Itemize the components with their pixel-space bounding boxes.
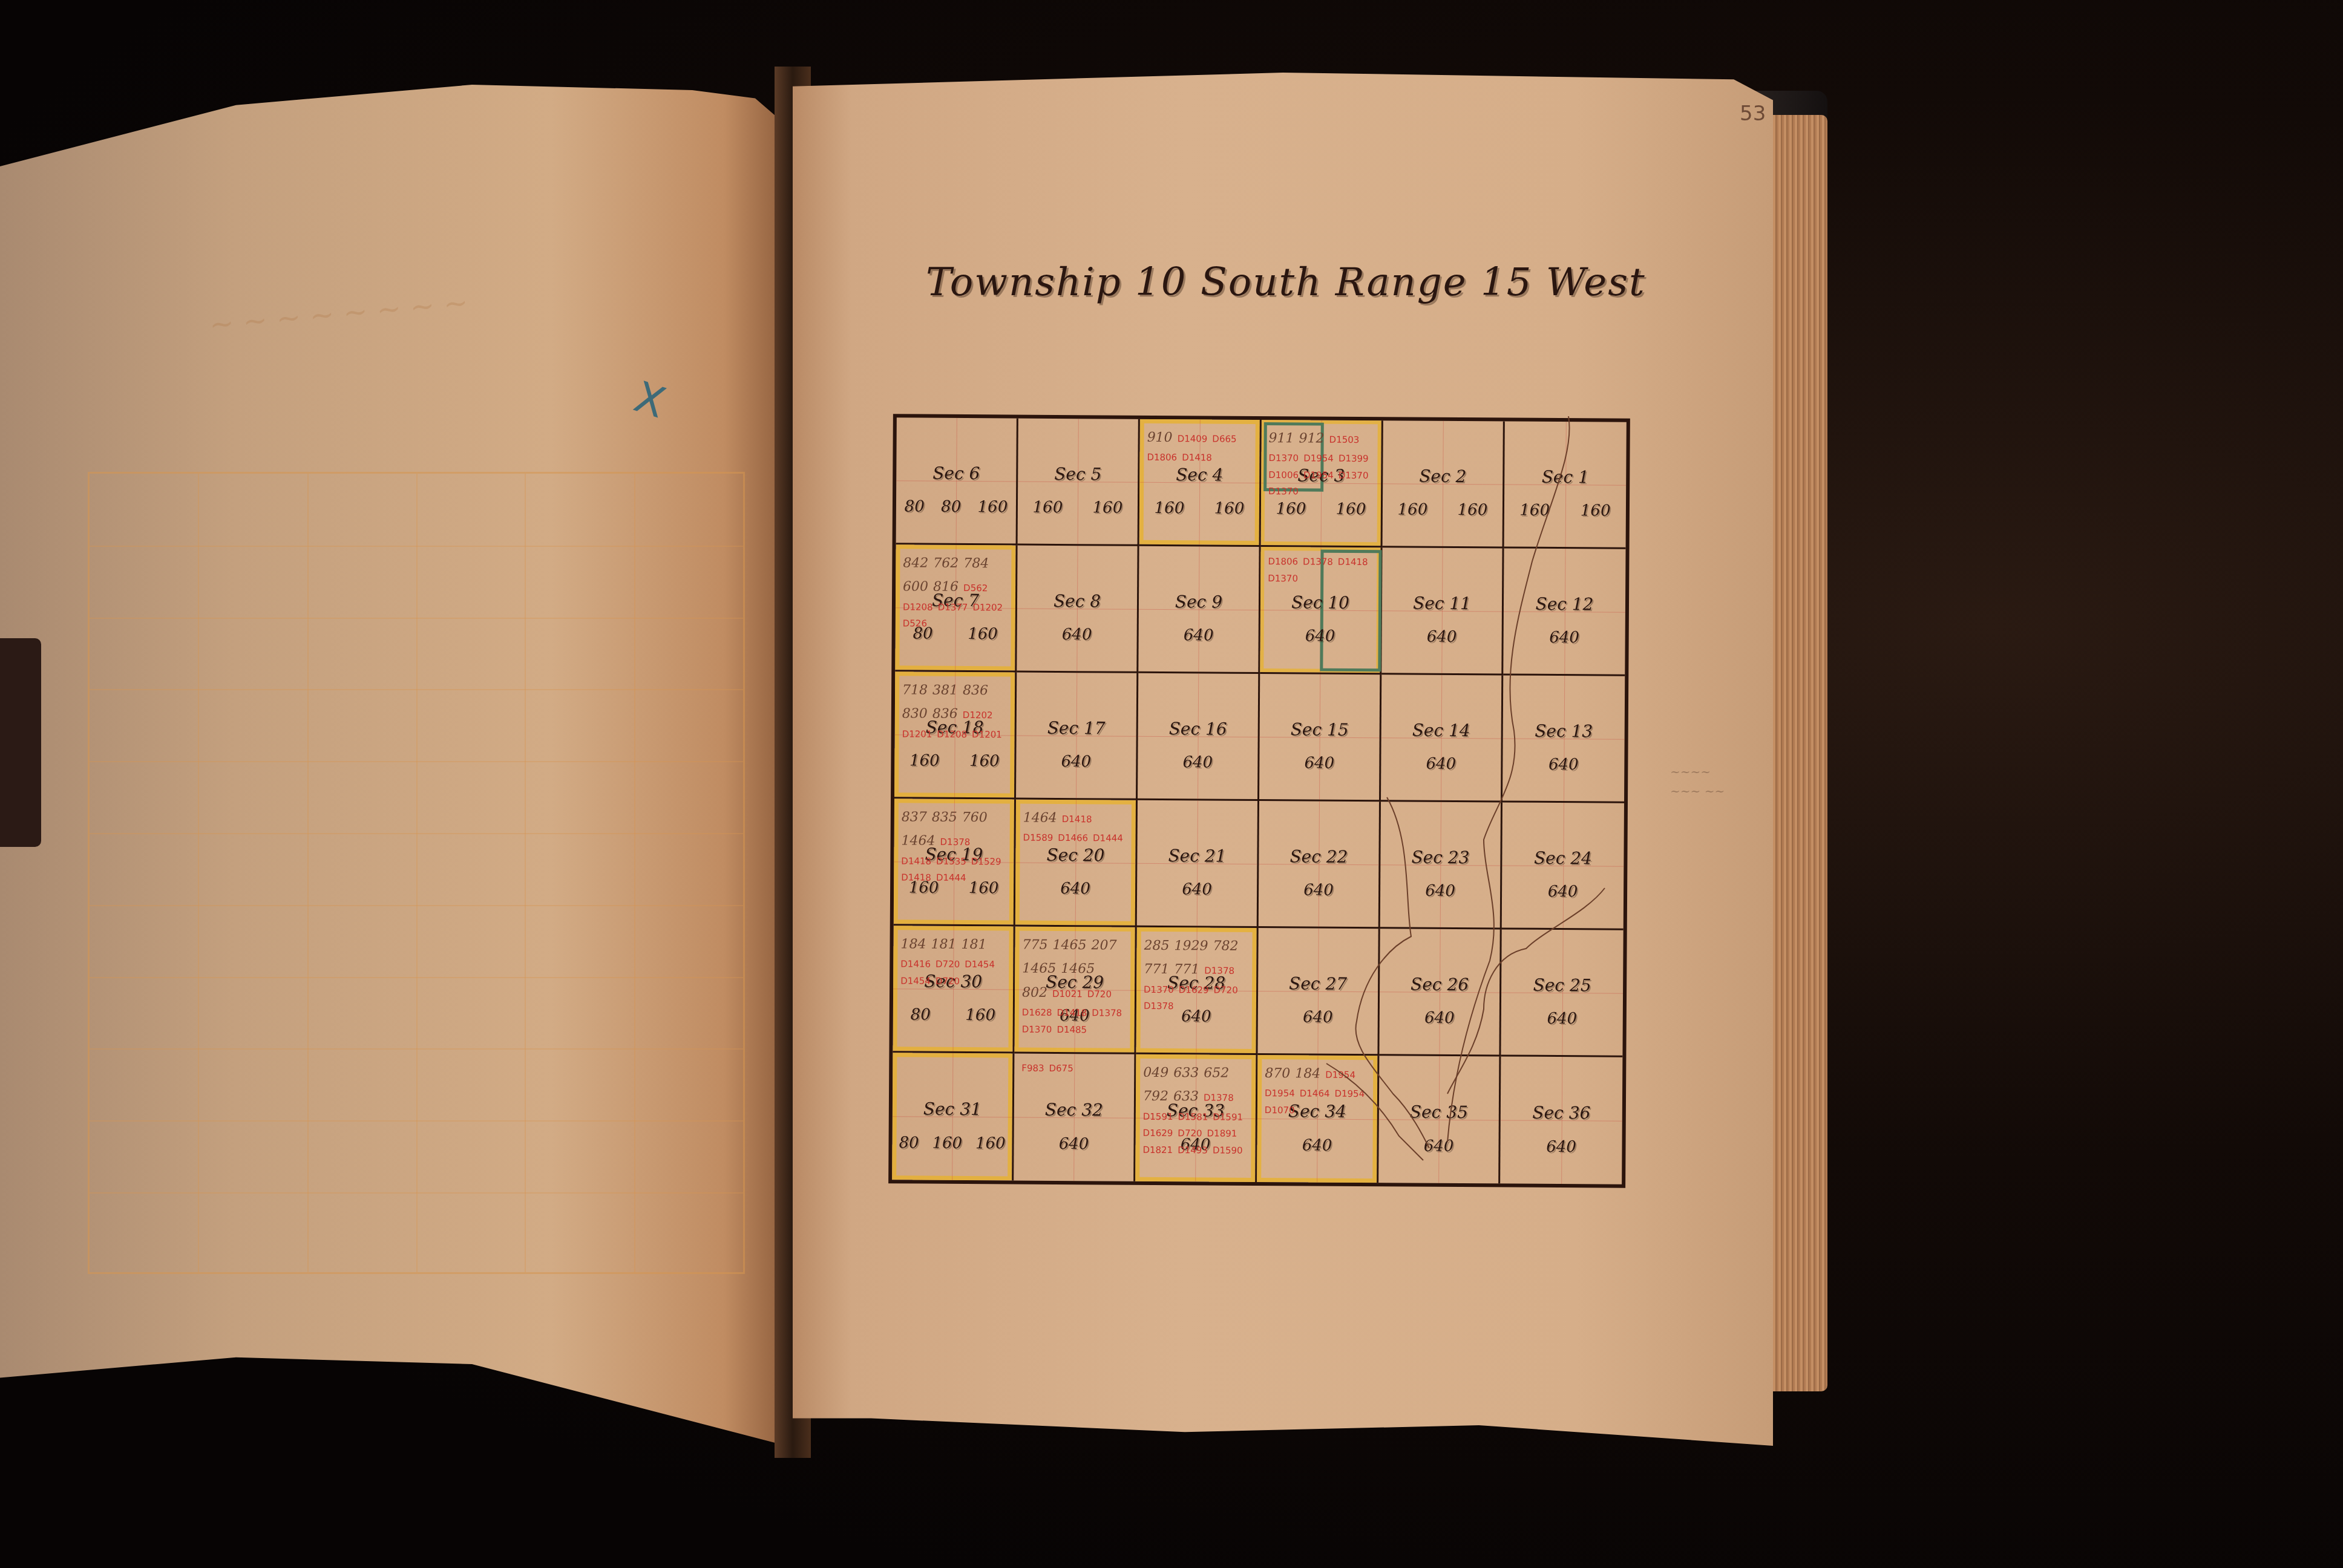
section-acreage: 640 — [1259, 754, 1379, 773]
acreage-value: 160 — [1519, 501, 1550, 520]
entry-number: 181 — [931, 933, 956, 956]
section-35: Sec 35640 — [1378, 1056, 1501, 1183]
document-reference: D1202 — [972, 600, 1003, 616]
document-reference: D1418 — [901, 854, 931, 869]
entry-annotations: 718381836830836D1202D1201D1208D1201 — [902, 679, 1008, 790]
entry-number: 771 — [1174, 959, 1199, 982]
section-2: Sec 2160160 — [1383, 420, 1505, 548]
entry-annotations: 911912D1503D1370D1954D1399D1006D1954D137… — [1268, 427, 1374, 538]
entry-annotations: 870184D1954D1954D1464D1954D1070 — [1264, 1062, 1370, 1175]
document-reference: D1208 — [903, 599, 933, 615]
document-reference: D1589 — [1023, 831, 1054, 846]
section-28: Sec 286402851929782771771D1378D1370D1629… — [1136, 927, 1258, 1055]
document-reference: D1378 — [1204, 964, 1234, 979]
section-18: Sec 18160160718381836830836D1202D1201D12… — [894, 671, 1017, 799]
document-reference: D562 — [963, 581, 988, 596]
document-reference: D1370 — [1022, 1022, 1052, 1037]
section-16: Sec 16640 — [1138, 673, 1260, 801]
acreage-value: 160 — [932, 1134, 962, 1152]
acreage-value: 640 — [1182, 754, 1213, 772]
acreage-value: 640 — [1548, 756, 1579, 774]
section-label: Sec 31 — [893, 1099, 1012, 1119]
document-reference: D1454 — [965, 957, 995, 973]
document-reference: D1628 — [1022, 1005, 1052, 1021]
section-5: Sec 5160160 — [1018, 419, 1140, 546]
entry-number: 381 — [932, 679, 958, 702]
document-reference: D1454 — [900, 973, 931, 989]
section-33: Sec 33640049633652792633D1378D1591D1581D… — [1135, 1054, 1257, 1182]
entry-number: 600 — [903, 576, 928, 599]
document-reference: D1806 — [1268, 554, 1298, 570]
document-reference: D1464 — [1300, 1086, 1330, 1102]
document-reference: D1418 — [901, 871, 931, 886]
section-31: Sec 3180160160 — [892, 1053, 1014, 1180]
document-reference: D1418 — [1057, 1005, 1087, 1021]
entry-annotations: 184181181D1416D720D1454D1454D720 — [900, 933, 1006, 1044]
section-34: Sec 34640870184D1954D1954D1464D1954D1070 — [1257, 1055, 1379, 1183]
document-reference: D1806 — [1147, 450, 1177, 466]
entry-number: 842 — [903, 552, 928, 575]
document-reference: D1954 — [1334, 1086, 1365, 1102]
section-36: Sec 36640 — [1500, 1056, 1622, 1184]
section-label: Sec 16 — [1138, 718, 1258, 739]
entry-number: 1929 — [1174, 935, 1208, 958]
acreage-value: 640 — [1425, 882, 1455, 900]
section-23: Sec 23640 — [1380, 802, 1502, 929]
section-label: Sec 27 — [1258, 973, 1378, 994]
acreage-value: 160 — [1093, 499, 1123, 517]
acreage-value: 640 — [1549, 629, 1579, 647]
entry-number: 870 — [1265, 1062, 1290, 1085]
section-32: Sec 32640F983D675 — [1014, 1054, 1136, 1181]
township-plat-grid: Sec 68080160Sec 5160160Sec 4160160910D14… — [888, 414, 1630, 1187]
section-1: Sec 1160160 — [1504, 421, 1627, 549]
acreage-value: 640 — [1426, 755, 1456, 773]
document-reference: D1466 — [1058, 831, 1088, 846]
document-reference: D1418 — [1338, 555, 1368, 570]
section-6: Sec 68080160 — [896, 417, 1018, 545]
document-reference: D1821 — [1142, 1143, 1173, 1158]
section-9: Sec 9640 — [1138, 546, 1260, 674]
document-reference: F983 — [1021, 1061, 1044, 1077]
section-12: Sec 12640 — [1503, 548, 1625, 676]
entry-number: 760 — [962, 806, 988, 829]
entry-number: 1465 — [1061, 958, 1095, 981]
entry-number: 784 — [963, 552, 989, 575]
acreage-value: 640 — [1303, 1008, 1333, 1027]
section-27: Sec 27640 — [1257, 928, 1380, 1056]
section-13: Sec 13640 — [1502, 675, 1625, 803]
document-reference: D1535 — [936, 854, 966, 870]
document-reference: D1006 — [1268, 468, 1299, 483]
section-acreage: 640 — [1016, 753, 1136, 771]
document-reference: D1370 — [1144, 982, 1174, 998]
entry-number: 775 — [1022, 934, 1047, 957]
acreage-value: 160 — [1398, 501, 1428, 519]
document-reference: D720 — [1087, 987, 1112, 1002]
section-29: Sec 29640775146520714651465802D1021D720D… — [1014, 927, 1136, 1054]
entry-number: 652 — [1204, 1062, 1229, 1085]
document-reference: D1399 — [1339, 451, 1369, 467]
entry-number: 1464 — [901, 830, 935, 853]
entry-number: 633 — [1173, 1062, 1199, 1085]
entry-number: 836 — [932, 703, 958, 726]
document-reference: D720 — [1213, 982, 1237, 998]
entry-number: 633 — [1173, 1086, 1199, 1109]
entry-annotations: F983D675 — [1021, 1061, 1127, 1174]
left-page: ~ ~ ~ ~ ~ ~ ~ ~ X — [0, 85, 787, 1446]
acreage-value: 640 — [1546, 1138, 1576, 1156]
document-reference: D1021 — [1052, 987, 1083, 1002]
entry-number: 1465 — [1022, 958, 1056, 981]
section-14: Sec 14640 — [1381, 675, 1503, 802]
section-7: Sec 780160842762784600816D562D1208D1377D… — [895, 544, 1017, 672]
entry-number: 911 — [1269, 427, 1294, 450]
section-label: Sec 35 — [1379, 1102, 1499, 1122]
document-reference: D665 — [1212, 432, 1236, 448]
section-label: Sec 23 — [1380, 847, 1500, 867]
section-label: Sec 14 — [1381, 720, 1501, 740]
section-label: Sec 8 — [1017, 590, 1137, 611]
acreage-value: 160 — [975, 1135, 1006, 1153]
document-reference: D1370 — [1268, 484, 1299, 500]
entry-number: 910 — [1147, 426, 1173, 449]
section-acreage: 640 — [1380, 1009, 1499, 1028]
entry-annotations: 1464D1418D1589D1466D1444 — [1023, 807, 1129, 918]
entry-number: 285 — [1144, 935, 1169, 958]
document-reference: D720 — [936, 957, 960, 973]
section-acreage: 640 — [1500, 1138, 1622, 1157]
document-reference: D1409 — [1178, 431, 1208, 447]
section-label: Sec 17 — [1017, 717, 1136, 738]
entry-number: 718 — [902, 679, 928, 702]
section-label: Sec 12 — [1504, 593, 1625, 614]
document-reference: D720 — [936, 974, 960, 990]
section-acreage: 640 — [1504, 629, 1625, 647]
section-label: Sec 36 — [1501, 1102, 1622, 1123]
entry-number: 1464 — [1023, 807, 1057, 830]
document-reference: D1954 — [1265, 1086, 1295, 1102]
entry-number: 782 — [1213, 935, 1238, 958]
document-reference: D526 — [903, 616, 927, 632]
section-15: Sec 15640 — [1259, 674, 1381, 802]
section-acreage: 640 — [1381, 755, 1501, 774]
entry-number: 912 — [1299, 427, 1325, 450]
section-acreage: 80160160 — [892, 1134, 1012, 1153]
section-label: Sec 5 — [1018, 463, 1138, 484]
section-label: Sec 11 — [1382, 593, 1502, 613]
section-acreage: 160160 — [1504, 501, 1626, 520]
document-reference: D1629 — [1179, 982, 1209, 998]
section-label: Sec 2 — [1383, 466, 1502, 486]
section-acreage: 640 — [1139, 626, 1259, 645]
document-reference: D1418 — [1182, 451, 1212, 466]
acreage-value: 80 — [941, 498, 961, 516]
entry-number: 181 — [961, 933, 986, 956]
document-reference: D1378 — [1303, 554, 1333, 570]
entry-annotations: 842762784600816D562D1208D1377D1202D526 — [902, 552, 1008, 663]
document-reference: D1201 — [972, 727, 1002, 743]
entry-number: 837 — [902, 806, 927, 829]
section-24: Sec 24640 — [1502, 802, 1624, 930]
entry-number: 762 — [933, 552, 958, 575]
section-acreage: 640 — [1502, 756, 1624, 774]
plat-title: Township 10 South Range 15 West — [926, 260, 1646, 305]
section-20: Sec 206401464D1418D1589D1466D1444 — [1015, 800, 1138, 927]
bleed-through-text: ~ ~ ~ ~ ~ ~ ~ ~ — [208, 261, 760, 417]
acreage-value: 160 — [1033, 498, 1063, 517]
section-17: Sec 17640 — [1016, 673, 1138, 800]
entry-annotations: D1806D1378D1418D1370 — [1267, 554, 1373, 665]
entry-number: 792 — [1143, 1085, 1168, 1108]
document-reference: D1493 — [1178, 1143, 1208, 1158]
section-10: Sec 10640D1806D1378D1418D1370 — [1260, 547, 1382, 675]
acreage-value: 80 — [905, 498, 925, 516]
document-reference: D675 — [1049, 1061, 1073, 1077]
section-acreage: 640 — [1382, 628, 1502, 647]
section-acreage: 640 — [1502, 883, 1624, 901]
document-reference: D1418 — [1062, 812, 1092, 828]
acreage-value: 640 — [1062, 626, 1092, 644]
document-reference: D1070 — [1265, 1103, 1295, 1119]
acreage-value: 640 — [1304, 754, 1334, 773]
acreage-value: 640 — [1303, 881, 1334, 900]
document-reference: D1201 — [902, 727, 932, 742]
section-26: Sec 26640 — [1379, 929, 1501, 1056]
section-8: Sec 8640 — [1017, 546, 1139, 673]
document-reference: D1591 — [1143, 1109, 1173, 1125]
acreage-value: 640 — [1547, 1010, 1577, 1028]
acreage-value: 640 — [1548, 883, 1578, 901]
document-reference: D1529 — [971, 854, 1001, 870]
section-label: Sec 6 — [896, 463, 1016, 483]
acreage-value: 640 — [1424, 1137, 1454, 1155]
document-reference: D1202 — [963, 708, 993, 724]
section-acreage: 160160 — [1018, 498, 1138, 517]
section-label: Sec 26 — [1380, 974, 1499, 995]
document-reference: D1370 — [1339, 468, 1369, 484]
document-reference: D720 — [1178, 1126, 1202, 1142]
document-reference: D1370 — [1268, 571, 1298, 587]
entry-number: 836 — [963, 679, 988, 702]
acreage-value: 80 — [899, 1134, 919, 1152]
entry-number: 1465 — [1052, 934, 1086, 957]
document-reference: D1416 — [900, 957, 931, 973]
document-reference: D1378 — [1144, 999, 1174, 1014]
acreage-value: 160 — [1458, 501, 1488, 519]
acreage-value: 160 — [978, 498, 1008, 517]
entry-annotations: 775146520714651465802D1021D720D1628D1418… — [1022, 934, 1128, 1045]
entry-number: 802 — [1022, 981, 1047, 1004]
section-label: Sec 15 — [1260, 719, 1380, 740]
entry-number: 184 — [1295, 1062, 1320, 1085]
section-acreage: 640 — [1380, 882, 1500, 901]
section-acreage: 8080160 — [896, 498, 1016, 517]
section-label: Sec 13 — [1503, 720, 1625, 741]
document-reference: D1591 — [1213, 1109, 1243, 1125]
section-acreage: 640 — [1258, 1008, 1378, 1027]
page-number: 53 — [1740, 102, 1766, 126]
section-label: Sec 21 — [1137, 845, 1257, 866]
document-reference: D1629 — [1143, 1126, 1173, 1142]
margin-pencil-note: ~~~~ ~~~ ~~ — [1670, 762, 1743, 801]
document-reference: D1954 — [1303, 468, 1334, 483]
document-reference: D1503 — [1329, 433, 1360, 448]
entry-number: 184 — [900, 933, 926, 956]
acreage-value: 640 — [1424, 1009, 1455, 1027]
section-acreage: 640 — [1138, 753, 1257, 772]
entry-number: 816 — [933, 576, 958, 599]
document-reference: D1485 — [1057, 1022, 1087, 1038]
section-22: Sec 22640 — [1259, 801, 1381, 929]
section-acreage: 640 — [1378, 1137, 1498, 1156]
document-reference: D1378 — [940, 835, 970, 851]
acreage-value: 640 — [1182, 881, 1212, 899]
section-label: Sec 22 — [1259, 846, 1378, 867]
acreage-value: 160 — [1581, 502, 1611, 520]
entry-annotations: 049633652792633D1378D1591D1581D1591D1629… — [1142, 1062, 1248, 1175]
entry-number: 207 — [1091, 934, 1116, 957]
acreage-value: 640 — [1427, 628, 1457, 646]
entry-number: 835 — [932, 806, 957, 829]
section-label: Sec 9 — [1139, 591, 1259, 612]
section-acreage: 640 — [1017, 626, 1137, 644]
section-label: Sec 1 — [1504, 466, 1626, 487]
document-reference: D1377 — [938, 600, 968, 616]
section-4: Sec 4160160910D1409D665D1806D1418 — [1139, 419, 1262, 547]
document-reference: D1208 — [937, 727, 967, 743]
document-reference: D1370 — [1268, 451, 1299, 466]
section-acreage: 640 — [1137, 880, 1257, 899]
entry-number: 771 — [1144, 958, 1169, 981]
entry-annotations: 910D1409D665D1806D1418 — [1147, 426, 1253, 538]
document-reference: D1378 — [1204, 1091, 1234, 1106]
section-30: Sec 3080160184181181D1416D720D1454D1454D… — [893, 926, 1015, 1053]
section-acreage: 640 — [1501, 1010, 1623, 1028]
section-11: Sec 11640 — [1381, 547, 1504, 675]
left-page-ruled-grid — [88, 472, 745, 1274]
document-reference: D1954 — [1325, 1068, 1355, 1083]
acreage-value: 640 — [1061, 753, 1091, 771]
entry-number: 830 — [902, 703, 928, 726]
section-acreage: 640 — [1259, 881, 1378, 900]
acreage-value: 640 — [1184, 627, 1214, 645]
document-reference: D1891 — [1207, 1126, 1237, 1142]
section-21: Sec 21640 — [1137, 800, 1259, 928]
page-tab-marker — [0, 638, 41, 847]
document-reference: D1590 — [1213, 1143, 1243, 1158]
entry-number: 049 — [1143, 1062, 1168, 1085]
section-3: Sec 3160160911912D1503D1370D1954D1399D10… — [1261, 420, 1383, 547]
section-label: Sec 24 — [1502, 848, 1624, 868]
entry-annotations: 2851929782771771D1378D1370D1629D720D1378 — [1144, 935, 1250, 1046]
section-label: Sec 25 — [1501, 975, 1623, 995]
section-19: Sec 191601608378357601464D1378D1418D1535… — [894, 799, 1016, 926]
document-reference: D1444 — [936, 871, 966, 886]
document-reference: D1444 — [1093, 831, 1123, 847]
document-reference: D1954 — [1303, 451, 1334, 467]
section-acreage: 160160 — [1383, 501, 1502, 520]
document-reference: D1581 — [1178, 1109, 1208, 1125]
document-reference: D1378 — [1092, 1005, 1122, 1021]
entry-annotations: 8378357601464D1378D1418D1535D1529D1418D1… — [901, 806, 1007, 917]
section-25: Sec 25640 — [1501, 929, 1623, 1057]
